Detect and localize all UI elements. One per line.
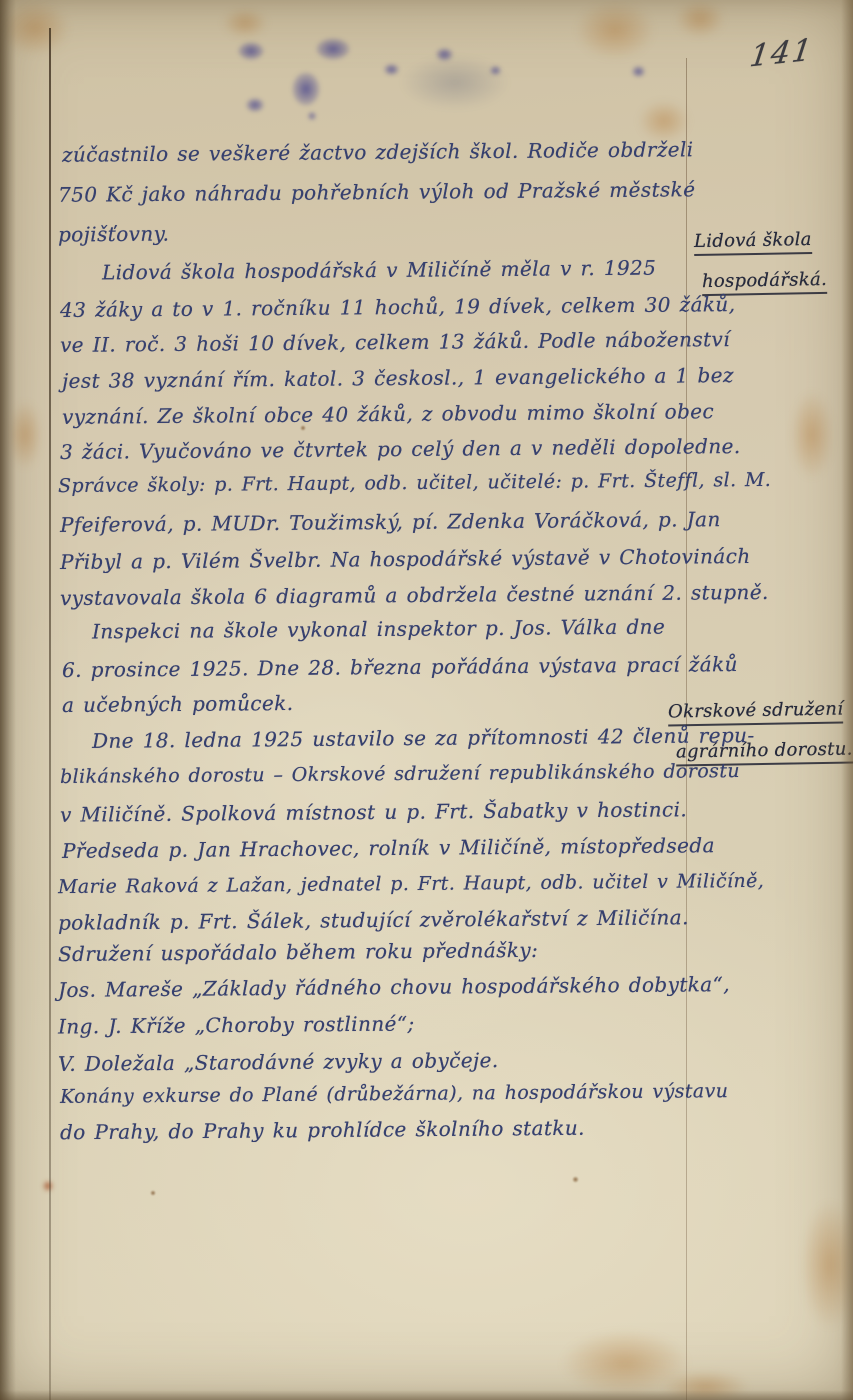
handwritten-line: Inspekci na škole vykonal inspektor p. J…	[92, 614, 665, 643]
handwritten-line: a učebných pomůcek.	[62, 691, 294, 717]
handwritten-line: Lidová škola hospodářská v Miličíně měla…	[102, 256, 656, 285]
page-edge-shadow	[0, 1390, 853, 1400]
page-number: 141	[748, 32, 816, 74]
handwritten-line: Sdružení uspořádalo během roku přednášky…	[58, 938, 538, 966]
handwritten-line: do Prahy, do Prahy ku prohlídce školního…	[60, 1116, 585, 1145]
handwritten-line: V. Doležala „Starodávné zvyky a obyčeje.	[58, 1048, 499, 1076]
handwritten-line: pojišťovny.	[58, 222, 170, 247]
scanned-chronicle-page: { "page": { "number": "141" }, "margin_n…	[0, 0, 853, 1400]
margin-note-heading: Okrskové sdružení	[668, 698, 844, 726]
margin-note-heading: Lidová škola	[694, 229, 812, 256]
page-edge-shadow	[841, 0, 853, 1400]
page-edge-shadow	[0, 0, 16, 1400]
handwritten-line: Ing. J. Kříže „Choroby rostlinné“;	[58, 1011, 415, 1038]
